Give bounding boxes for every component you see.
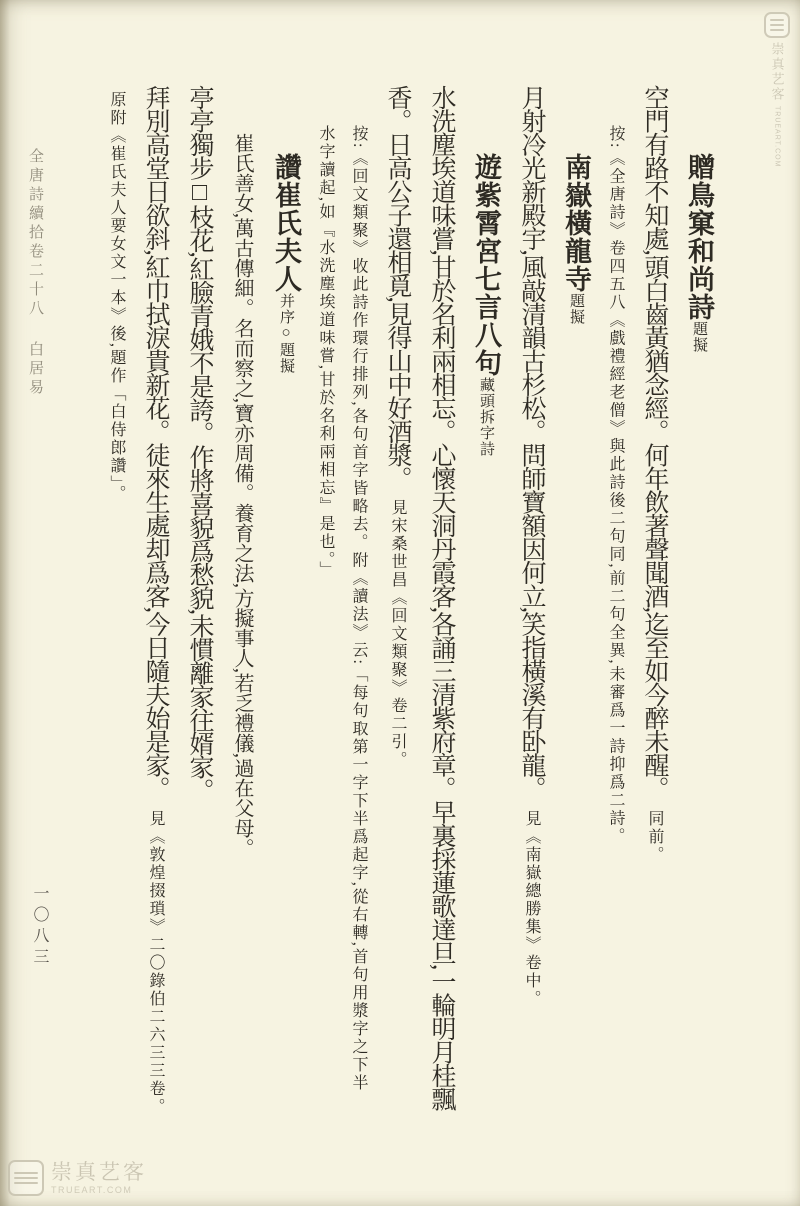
- poem-body-niaoke: 空門有路不知處,頭白齒黃猶念經。何年飲著聲聞酒,迄至如今醉未醒。同前。: [632, 85, 676, 1121]
- poem-title-niaoke: 贈鳥窠和尚詩題擬: [676, 153, 722, 1121]
- watermark-bottom-left: 崇真艺客 TRUEART.COM: [8, 1160, 147, 1196]
- title-text: 贈鳥窠和尚詩: [684, 153, 714, 321]
- note-text: 原附《崔氏夫人要女文一本》後,題作「白侍郎讚」。: [108, 91, 125, 503]
- running-head: 全唐詩續拾卷二十八白居易: [26, 148, 44, 398]
- poem-title-zixiao: 遊紫霄宮七言八句藏頭拆字詩: [463, 153, 509, 1121]
- editor-note-cuishi: 原附《崔氏夫人要女文一本》後,題作「白侍郎讚」。: [100, 91, 133, 1066]
- poem-text: 拜別高堂日欲斜,紅巾拭淚貴新花。徒來生處却爲客,今日隨夫始是家。: [142, 85, 169, 800]
- poem-text: 亭亭獨步□枝花,紅臉青娥不是誇。作將喜貌爲愁貌,未慣離家往婿家。: [186, 85, 213, 802]
- page-binding-edge: [0, 0, 10, 1206]
- poem-body-zixiao: 水洗塵埃道味嘗,甘於名利兩相忘。心懷天洞丹霞客,各誦三清紫府章。早裏採蓮歌達旦,…: [375, 85, 463, 1121]
- title-annotation: 藏頭拆字詩: [478, 377, 494, 457]
- title-annotation: 題擬: [691, 321, 707, 353]
- watermark-brand: 崇真艺客: [51, 1162, 147, 1183]
- text-columns: 贈鳥窠和尚詩題擬 空門有路不知處,頭白齒黃猶念經。何年飲著聲聞酒,迄至如今醉未醒…: [100, 85, 722, 1121]
- title-text: 南嶽橫龍寺: [561, 153, 591, 293]
- editor-note-zixiao: 按:《回文類聚》收此詩作環行排列,各句首字皆略去。附《讀法》云:「每句取第一字下…: [309, 125, 375, 1100]
- title-annotation: 題擬: [568, 293, 584, 325]
- book-page-scan: 贈鳥窠和尚詩題擬 空門有路不知處,頭白齒黃猶念經。何年飲著聲聞酒,迄至如今醉未醒…: [0, 0, 800, 1206]
- page-number: 一〇八三: [30, 885, 48, 969]
- poem-body-nanyue: 月射冷光新殿宇,風敲清韻古杉松。問師寶額因何立,笑指橫溪有卧龍。見《南嶽總勝集》…: [509, 85, 553, 1121]
- watermark-text: 崇真艺客 TRUEART.COM: [51, 1162, 147, 1195]
- note-text: 按:《全唐詩》卷四五八《戲禮經老僧》與此詩後二句同,前二句全異,未審爲一詩抑爲二…: [607, 125, 624, 845]
- poem-title-nanyue: 南嶽橫龍寺題擬: [553, 153, 599, 1121]
- watermark-logo-icon: [764, 12, 790, 38]
- editor-note-niaoke: 按:《全唐詩》卷四五八《戲禮經老僧》與此詩後二句同,前二句全異,未審爲一詩抑爲二…: [599, 125, 632, 1100]
- poem-source: 見宋桑世昌《回文類聚》卷二引。: [375, 499, 419, 769]
- poem-source: 見《敦煌掇瑣》二〇錄伯二六三三卷。: [133, 810, 177, 1116]
- poem-text: 月射冷光新殿宇,風敲清韻古杉松。問師寶額因何立,笑指橫溪有卧龍。: [518, 85, 545, 800]
- poem-title-cuishi: 讚崔氏夫人并序○題擬: [263, 153, 309, 1121]
- title-annotation: 并序○題擬: [278, 293, 294, 374]
- title-text: 遊紫霄宮七言八句: [471, 153, 501, 377]
- poem-stanza1-cuishi: 亭亭獨步□枝花,紅臉青娥不是誇。作將喜貌爲愁貌,未慣離家往婿家。: [177, 85, 221, 1121]
- poem-text: 空門有路不知處,頭白齒黃猶念經。何年飲著聲聞酒,迄至如今醉未醒。: [641, 85, 668, 800]
- watermark-brand: 崇真艺客: [768, 42, 787, 102]
- watermark-site: TRUEART.COM: [774, 106, 781, 167]
- preface-cuishi: 崔氏善女,萬古傳細。名而察之,寶亦周備。養育之法,方擬事人,若乏禮儀,過在父母。: [221, 133, 263, 1121]
- poem-source: 見《南嶽總勝集》卷中。: [509, 810, 553, 1008]
- poem-stanza2-cuishi: 拜別高堂日欲斜,紅巾拭淚貴新花。徒來生處却爲客,今日隨夫始是家。見《敦煌掇瑣》二…: [133, 85, 177, 1121]
- watermark-logo-icon: [8, 1160, 44, 1196]
- poem-source: 同前。: [632, 810, 676, 864]
- title-text: 讚崔氏夫人: [271, 153, 301, 293]
- running-author: 白居易: [26, 341, 44, 398]
- note-text: 按:《回文類聚》收此詩作環行排列,各句首字皆略去。附《讀法》云:「每句取第一字下…: [317, 125, 367, 1092]
- watermark-top-right: 崇真艺客 TRUEART.COM: [760, 12, 794, 167]
- watermark-site: TRUEART.COM: [51, 1186, 147, 1195]
- preface-text: 崔氏善女,萬古傳細。名而察之,寶亦周備。養育之法,方擬事人,若乏禮儀,過在父母。: [231, 133, 253, 858]
- running-title: 全唐詩續拾卷二十八: [27, 148, 43, 319]
